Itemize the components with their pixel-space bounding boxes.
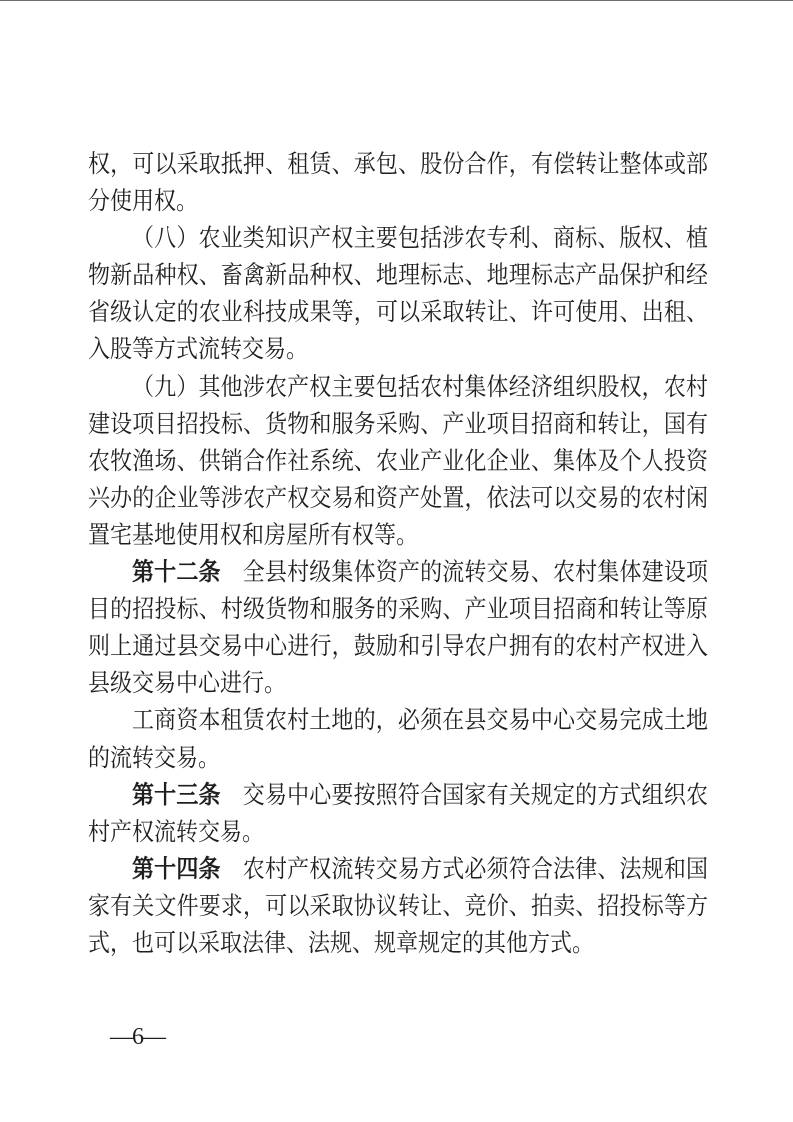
document-line: 第十三条 交易中心要按照符合国家有关规定的方式组织农: [88, 773, 708, 815]
document-line: （八）农业类知识产权主要包括涉农专利、商标、版权、植: [88, 217, 708, 259]
paragraph: （八）农业类知识产权主要包括涉农专利、商标、版权、植物新品种权、畜禽新品种权、地…: [88, 219, 708, 367]
document-line: 省级认定的农业科技成果等，可以采取转让、许可使用、出租、: [88, 291, 708, 333]
paragraph: （九）其他涉农产权主要包括农村集体经济组织股权，农村建设项目招投标、货物和服务采…: [88, 368, 708, 553]
document-line: 工商资本租赁农村土地的，必须在县交易中心交易完成土地: [88, 699, 708, 741]
paragraph: 第十二条 全县村级集体资产的流转交易、农村集体建设项目的招投标、村级货物和服务的…: [88, 553, 708, 701]
paragraph: 第十三条 交易中心要按照符合国家有关规定的方式组织农村产权流转交易。: [88, 776, 708, 850]
paragraph: 权，可以采取抵押、租赁、承包、股份合作，有偿转让整体或部分使用权。: [88, 145, 708, 219]
document-line: 第十二条 全县村级集体资产的流转交易、农村集体建设项: [88, 551, 708, 593]
document-line: 第十四条 农村产权流转交易方式必须符合法律、法规和国: [88, 848, 708, 890]
document-line: 权，可以采取抵押、租赁、承包、股份合作，有偿转让整体或部: [88, 143, 708, 185]
document-line: 入股等方式流转交易。: [88, 328, 708, 370]
document-line: 分使用权。: [88, 180, 708, 222]
article-number-bold: 第十三条: [132, 780, 221, 808]
document-line: 村产权流转交易。: [88, 810, 708, 852]
paragraph: 第十四条 农村产权流转交易方式必须符合法律、法规和国家有关文件要求，可以采取协议…: [88, 850, 708, 961]
document-line: 兴办的企业等涉农产权交易和资产处置，依法可以交易的农村闲: [88, 477, 708, 519]
document-line: （九）其他涉农产权主要包括农村集体经济组织股权，农村: [88, 365, 708, 407]
article-number-bold: 第十二条: [132, 558, 221, 586]
document-line: 式，也可以采取法律、法规、规章规定的其他方式。: [88, 922, 708, 964]
page-number: —6—: [110, 1023, 164, 1051]
document-line: 的流转交易。: [88, 736, 708, 778]
text-block: 权，可以采取抵押、租赁、承包、股份合作，有偿转让整体或部分使用权。（八）农业类知…: [88, 145, 708, 961]
document-line: 物新品种权、畜禽新品种权、地理标志、地理标志产品保护和经: [88, 254, 708, 296]
document-line: 农牧渔场、供销合作社系统、农业产业化企业、集体及个人投资: [88, 440, 708, 482]
document-line: 建设项目招投标、货物和服务采购、产业项目招商和转让，国有: [88, 402, 708, 444]
document-line: 县级交易中心进行。: [88, 662, 708, 704]
article-number-bold: 第十四条: [132, 854, 221, 882]
document-line: 目的招投标、村级货物和服务的采购、产业项目招商和转让等原: [88, 588, 708, 630]
document-page: 权，可以采取抵押、租赁、承包、股份合作，有偿转让整体或部分使用权。（八）农业类知…: [0, 0, 793, 1122]
document-line: 家有关文件要求，可以采取协议转让、竞价、拍卖、招投标等方: [88, 885, 708, 927]
document-line: 置宅基地使用权和房屋所有权等。: [88, 514, 708, 556]
paragraph: 工商资本租赁农村土地的，必须在县交易中心交易完成土地的流转交易。: [88, 701, 708, 775]
page-top-edge: [0, 0, 793, 1]
document-line: 则上通过县交易中心进行，鼓励和引导农户拥有的农村产权进入: [88, 625, 708, 667]
